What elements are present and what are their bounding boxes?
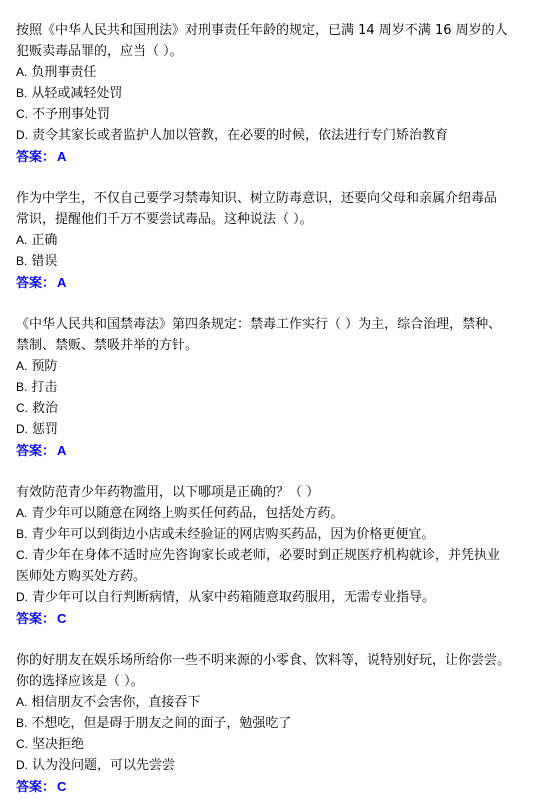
option-text: 惩罚 xyxy=(32,422,58,437)
option-letter: B. xyxy=(16,380,27,394)
option-letter: B. xyxy=(16,86,27,100)
option-letter: B. xyxy=(16,716,27,730)
option-letter: C. xyxy=(16,107,28,121)
question-stem: 有效防范青少年药物滥用，以下哪项是正确的？（ ） xyxy=(16,482,554,503)
option-letter: C. xyxy=(16,401,28,415)
option-text: 错误 xyxy=(31,254,57,269)
answer: 答案：C xyxy=(16,608,554,630)
option-letter: B. xyxy=(16,527,27,541)
answer-value: C xyxy=(57,779,66,794)
option-text: 青少年在身体不适时应先咨询家长或老师，必要时到正规医疗机构就诊，并凭执业 xyxy=(32,548,500,563)
option-a: A.预防 xyxy=(16,356,554,377)
option-text: 不予刑事处罚 xyxy=(32,107,110,122)
option-d: D.认为没问题，可以先尝尝 xyxy=(16,755,554,776)
option-text: 正确 xyxy=(31,233,57,248)
option-text: 青少年可以到街边小店或未经验证的网店购买药品，因为价格更便宜。 xyxy=(31,527,434,542)
question-stem: 作为中学生，不仅自己要学习禁毒知识、树立防毒意识，还要向父母和亲属介绍毒品 常识… xyxy=(16,188,554,230)
stem-line: 按照《中华人民共和国刑法》对刑事责任年龄的规定，已满 14 周岁不满 16 周岁… xyxy=(16,20,554,41)
answer-value: C xyxy=(57,611,66,626)
option-text: 不想吃，但是碍于朋友之间的面子，勉强吃了 xyxy=(31,716,291,731)
stem-line: 禁制、禁贩、禁吸并举的方针。 xyxy=(16,335,554,356)
stem-line: 你的选择应该是（ ）。 xyxy=(16,671,554,692)
question-2: 作为中学生，不仅自己要学习禁毒知识、树立防毒意识，还要向父母和亲属介绍毒品 常识… xyxy=(16,188,554,294)
answer-label: 答案： xyxy=(16,780,55,795)
question-5: 你的好朋友在娱乐场所给你一些不明来源的小零食、饮料等，说特别好玩，让你尝尝。 你… xyxy=(16,650,554,798)
option-text: 坚决拒绝 xyxy=(32,737,84,752)
option-c: C.青少年在身体不适时应先咨询家长或老师，必要时到正规医疗机构就诊，并凭执业 xyxy=(16,545,554,566)
question-4: 有效防范青少年药物滥用，以下哪项是正确的？（ ） A.青少年可以随意在网络上购买… xyxy=(16,482,554,630)
answer-label: 答案： xyxy=(16,612,55,627)
question-1: 按照《中华人民共和国刑法》对刑事责任年龄的规定，已满 14 周岁不满 16 周岁… xyxy=(16,20,554,168)
option-letter: A. xyxy=(16,506,27,520)
option-b: B.打击 xyxy=(16,377,554,398)
option-text: 责令其家长或者监护人加以管教，在必要的时候，依法进行专门矫治教育 xyxy=(32,128,448,143)
option-letter: A. xyxy=(16,695,27,709)
stem-line: 有效防范青少年药物滥用，以下哪项是正确的？（ ） xyxy=(16,482,554,503)
option-letter: B. xyxy=(16,254,27,268)
option-text: 相信朋友不会害你，直接吞下 xyxy=(31,695,200,710)
option-b: B.从轻或减轻处罚 xyxy=(16,83,554,104)
answer-label: 答案： xyxy=(16,150,55,165)
option-c: C.坚决拒绝 xyxy=(16,734,554,755)
option-c: C.不予刑事处罚 xyxy=(16,104,554,125)
option-b: B.不想吃，但是碍于朋友之间的面子，勉强吃了 xyxy=(16,713,554,734)
answer: 答案：A xyxy=(16,146,554,168)
answer-value: A xyxy=(57,149,66,164)
question-stem: 你的好朋友在娱乐场所给你一些不明来源的小零食、饮料等，说特别好玩，让你尝尝。 你… xyxy=(16,650,554,692)
stem-line: 《中华人民共和国禁毒法》第四条规定：禁毒工作实行（ ）为主，综合治理，禁种、 xyxy=(16,314,554,335)
question-3: 《中华人民共和国禁毒法》第四条规定：禁毒工作实行（ ）为主，综合治理，禁种、 禁… xyxy=(16,314,554,462)
option-letter: D. xyxy=(16,758,28,772)
option-text: 青少年可以随意在网络上购买任何药品，包括处方药。 xyxy=(31,506,343,521)
stem-line: 犯贩卖毒品罪的，应当（ ）。 xyxy=(16,41,554,62)
option-b: B.青少年可以到街边小店或未经验证的网店购买药品，因为价格更便宜。 xyxy=(16,524,554,545)
option-d: D.青少年可以自行判断病情，从家中药箱随意取药服用，无需专业指导。 xyxy=(16,587,554,608)
option-text: 预防 xyxy=(31,359,57,374)
option-c-continued: 医师处方购买处方药。 xyxy=(16,566,554,587)
option-text: 青少年可以自行判断病情，从家中药箱随意取药服用，无需专业指导。 xyxy=(32,590,435,605)
option-a: A.青少年可以随意在网络上购买任何药品，包括处方药。 xyxy=(16,503,554,524)
option-a: A.相信朋友不会害你，直接吞下 xyxy=(16,692,554,713)
option-d: D.惩罚 xyxy=(16,419,554,440)
option-d: D.责令其家长或者监护人加以管教，在必要的时候，依法进行专门矫治教育 xyxy=(16,125,554,146)
question-stem: 《中华人民共和国禁毒法》第四条规定：禁毒工作实行（ ）为主，综合治理，禁种、 禁… xyxy=(16,314,554,356)
option-letter: D. xyxy=(16,128,28,142)
option-letter: C. xyxy=(16,548,28,562)
option-letter: A. xyxy=(16,359,27,373)
option-text: 从轻或减轻处罚 xyxy=(31,86,122,101)
option-a: A.正确 xyxy=(16,230,554,251)
stem-line: 作为中学生，不仅自己要学习禁毒知识、树立防毒意识，还要向父母和亲属介绍毒品 xyxy=(16,188,554,209)
answer: 答案：C xyxy=(16,776,554,798)
option-letter: C. xyxy=(16,737,28,751)
option-a: A.负刑事责任 xyxy=(16,62,554,83)
question-stem: 按照《中华人民共和国刑法》对刑事责任年龄的规定，已满 14 周岁不满 16 周岁… xyxy=(16,20,554,62)
option-b: B.错误 xyxy=(16,251,554,272)
option-text: 救治 xyxy=(32,401,58,416)
option-c: C.救治 xyxy=(16,398,554,419)
option-text: 认为没问题，可以先尝尝 xyxy=(32,758,175,773)
option-letter: A. xyxy=(16,65,27,79)
option-letter: D. xyxy=(16,422,28,436)
quiz-document: 按照《中华人民共和国刑法》对刑事责任年龄的规定，已满 14 周岁不满 16 周岁… xyxy=(0,0,554,798)
stem-line: 你的好朋友在娱乐场所给你一些不明来源的小零食、饮料等，说特别好玩，让你尝尝。 xyxy=(16,650,554,671)
answer-value: A xyxy=(57,275,66,290)
option-text: 打击 xyxy=(31,380,57,395)
answer-value: A xyxy=(57,443,66,458)
answer-label: 答案： xyxy=(16,444,55,459)
option-text: 负刑事责任 xyxy=(31,65,96,80)
answer-label: 答案： xyxy=(16,276,55,291)
option-letter: D. xyxy=(16,590,28,604)
option-letter: A. xyxy=(16,233,27,247)
answer: 答案：A xyxy=(16,272,554,294)
answer: 答案：A xyxy=(16,440,554,462)
stem-line: 常识，提醒他们千万不要尝试毒品。这种说法（ ）。 xyxy=(16,209,554,230)
